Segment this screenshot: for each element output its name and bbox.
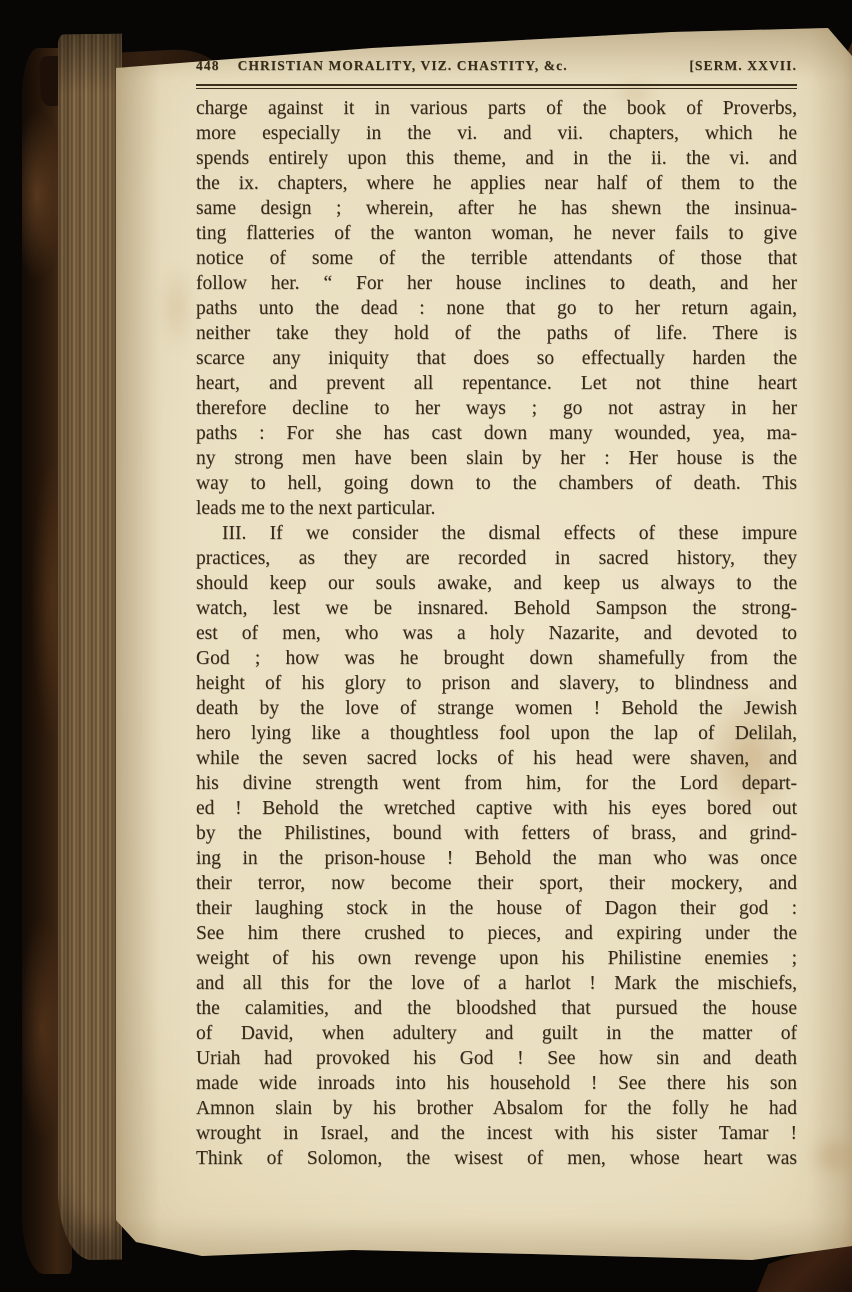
text-line: made wide inroads into his household ! S… [196,1071,797,1096]
text-line: est of men, who was a holy Nazarite, and… [196,621,797,646]
foxing-stain [806,1134,852,1178]
running-title: CHRISTIAN MORALITY, VIZ. CHASTITY, &c. [238,58,568,74]
text-line: death by the love of strange women ! Beh… [196,696,797,721]
text-line: See him there crushed to pieces, and exp… [196,921,797,946]
text-line: while the seven sacred locks of his head… [196,746,797,771]
text-line: weight of his own revenge upon his Phili… [196,946,797,971]
page-fore-edge [58,34,122,1261]
text-line: wrought in Israel, and the incest with h… [196,1121,797,1146]
text-line: watch, lest we be insnared. Behold Samps… [196,596,797,621]
text-line: notice of some of the terrible attendant… [196,246,797,271]
text-line: the calamities, and the bloodshed that p… [196,996,797,1021]
text-line: Amnon slain by his brother Absalom for t… [196,1096,797,1121]
header-double-rule [196,84,797,89]
text-line: by the Philistines, bound with fetters o… [196,821,797,846]
text-line: follow her. “ For her house inclines to … [196,271,797,296]
text-line: his divine strength went from him, for t… [196,771,797,796]
text-line: paths : For she has cast down many wound… [196,421,797,446]
page-body-text: charge against it in various parts of th… [196,96,797,1171]
text-line: ting flatteries of the wanton woman, he … [196,221,797,246]
text-line: ing in the prison-house ! Behold the man… [196,846,797,871]
text-line: height of his glory to prison and slaver… [196,671,797,696]
text-line: the ix. chapters, where he applies near … [196,171,797,196]
text-line: their laughing stock in the house of Dag… [196,896,797,921]
text-line: ny strong men have been slain by her : H… [196,446,797,471]
text-line: ed ! Behold the wretched captive with hi… [196,796,797,821]
text-line: spends entirely upon this theme, and in … [196,146,797,171]
text-line: way to hell, going down to the chambers … [196,471,797,496]
text-line: their terror, now become their sport, th… [196,871,797,896]
running-header: 448 CHRISTIAN MORALITY, VIZ. CHASTITY, &… [196,58,797,74]
text-line: charge against it in various parts of th… [196,96,797,121]
text-line: should keep our souls awake, and keep us… [196,571,797,596]
text-line: neither take they hold of the paths of l… [196,321,797,346]
text-line: scarce any iniquity that does so effectu… [196,346,797,371]
text-line: God ; how was he brought down shamefully… [196,646,797,671]
text-line: of David, when adultery and guilt in the… [196,1021,797,1046]
book-page: 448 CHRISTIAN MORALITY, VIZ. CHASTITY, &… [112,22,852,1272]
text-line: leads me to the next particular. [196,496,797,521]
text-line: Think of Solomon, the wisest of men, who… [196,1146,797,1171]
text-line: Uriah had provoked his God ! See how sin… [196,1046,797,1071]
text-line: practices, as they are recorded in sacre… [196,546,797,571]
text-line: paths unto the dead : none that go to he… [196,296,797,321]
text-line: hero lying like a thoughtless fool upon … [196,721,797,746]
scanned-book-photo: 448 CHRISTIAN MORALITY, VIZ. CHASTITY, &… [0,0,852,1292]
text-line: same design ; wherein, after he has shew… [196,196,797,221]
sermon-label: [SERM. XXVII. [689,58,797,74]
text-line: more especially in the vi. and vii. chap… [196,121,797,146]
foxing-stain [160,262,194,352]
text-line: and all this for the love of a harlot ! … [196,971,797,996]
text-line: heart, and prevent all repentance. Let n… [196,371,797,396]
text-line: therefore decline to her ways ; go not a… [196,396,797,421]
text-line: III. If we consider the dismal effects o… [196,521,797,546]
